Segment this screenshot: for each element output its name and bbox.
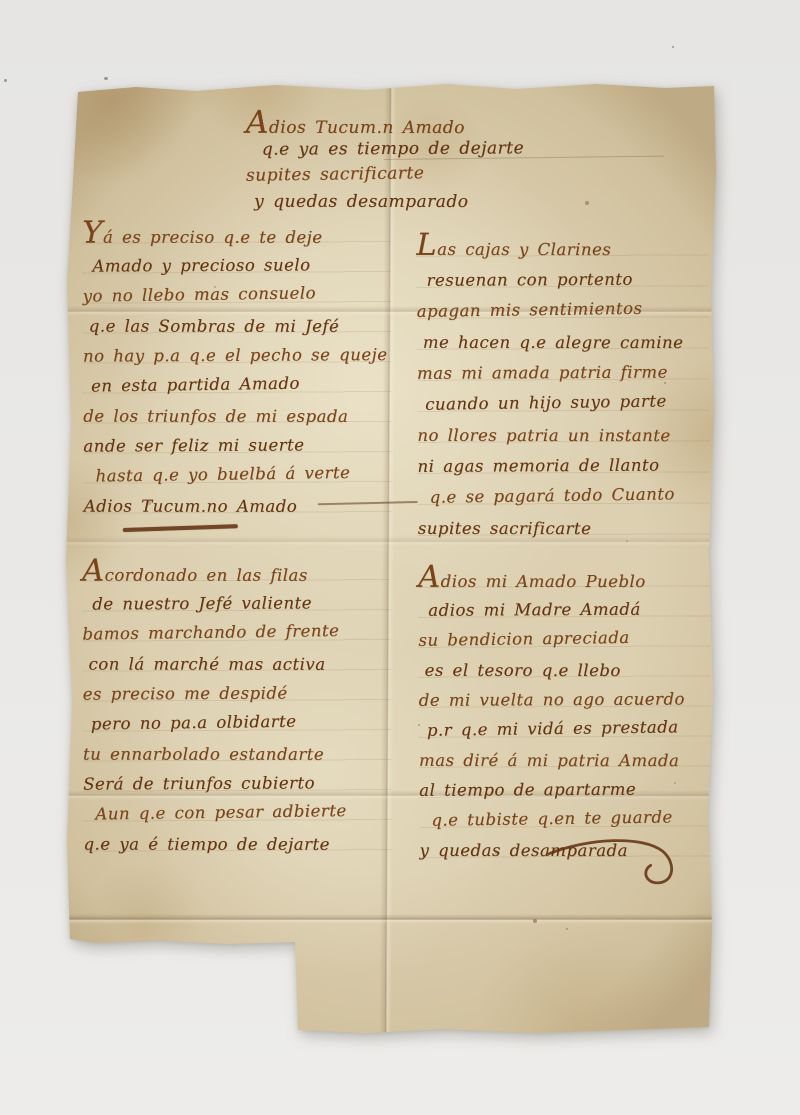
verse-line: ni agas memoria de llanto xyxy=(417,449,709,482)
verse-line: tu ennarbolado estandarte xyxy=(83,740,391,770)
verse-line: me hacen q.e alegre camine xyxy=(423,327,709,358)
verse-line: ande ser feliz mi suerte xyxy=(83,430,391,462)
verse-line: q.e se pagará todo Cuanto xyxy=(429,478,709,513)
poem-header: Adios Tucum.n Amadoq.e ya es tiempo de d… xyxy=(246,109,525,214)
verse-line: Será de triunfos cubierto xyxy=(83,768,391,800)
verse-line: es el tesoro q.e llebo xyxy=(425,656,711,686)
ink-flourish-icon xyxy=(535,828,695,899)
verse-line: con lá marché mas activa xyxy=(89,650,391,680)
verse-line: resuenan con portento xyxy=(426,263,708,295)
verse-line: su bendicion apreciada xyxy=(418,622,710,656)
verse-line: Acordonado en las filas xyxy=(82,560,390,590)
verse-line: q.e ya é tiempo de dejarte xyxy=(83,830,391,860)
verse-line: q.e las Sombras de mi Jefé xyxy=(89,312,391,342)
verse-line: supites sacrificarte xyxy=(418,513,710,544)
verse-line: Adios Tucum.n Amado xyxy=(246,111,524,137)
verse-line: no llores patria un instante xyxy=(417,420,709,451)
verse-line: de nuestro Jefé valiente xyxy=(92,588,390,620)
verse-line: de los triunfos de mi espada xyxy=(83,402,391,432)
right-column-stanza-2: Adios mi Amado Puebloadios mi Madre Amad… xyxy=(418,564,712,866)
verse-line: Yá es preciso q.e te deje xyxy=(82,222,390,252)
verse-line: pero no pa.a olbidarte xyxy=(91,705,391,739)
verse-line: y quedas desamparado xyxy=(254,189,524,215)
verse-line: p.r q.e mi vidá es prestada xyxy=(427,712,711,746)
verse-line: Adios Tucum.no Amado xyxy=(84,492,392,522)
photo-background: { "document": { "kind": "handwritten man… xyxy=(0,0,800,1115)
verse-line: al tiempo de apartarme xyxy=(419,774,711,806)
verse-line: adios mi Madre Amadá xyxy=(428,594,710,625)
manuscript-text-layer: Adios Tucum.n Amadoq.e ya es tiempo de d… xyxy=(64,80,721,1037)
foxing-specks xyxy=(66,82,68,84)
verse-line: es preciso me despidé xyxy=(83,678,391,710)
verse-line: Aun q.e con pesar adbierte xyxy=(95,795,391,829)
left-column-stanza-1: Yá es preciso q.e te dejeAmado y precios… xyxy=(82,220,392,522)
manuscript-paper-wrap: Adios Tucum.n Amadoq.e ya es tiempo de d… xyxy=(0,0,800,1115)
verse-line: Adios mi Amado Pueblo xyxy=(418,566,710,596)
left-column-stanza-2: Acordonado en las filasde nuestro Jefé v… xyxy=(82,558,392,860)
verse-line: bamos marchando de frente xyxy=(82,615,390,649)
verse-line: apagan mis sentimientos xyxy=(416,292,708,327)
verse-line: hasta q.e yo buelbá á verte xyxy=(95,457,391,491)
verse-line: en esta partida Amado xyxy=(91,367,391,401)
verse-line: mas diré á mi patria Amada xyxy=(419,746,711,776)
verse-line: cuando un hijo suyo parte xyxy=(425,385,709,420)
right-column-stanza-1: Las cajas y Clarinesresuenan con portent… xyxy=(416,232,710,544)
verse-line: mas mi amada patria firme xyxy=(417,356,709,389)
verse-line: yo no llebo mas consuelo xyxy=(82,277,390,311)
verse-line: Las cajas y Clarines xyxy=(416,234,708,265)
verse-line: no hay p.a q.e el pecho se queje xyxy=(83,340,391,372)
paper-sheet: Adios Tucum.n Amadoq.e ya es tiempo de d… xyxy=(66,82,718,1036)
verse-line: supites sacrificarte xyxy=(246,159,525,189)
verse-line: de mi vuelta no ago acuerdo xyxy=(419,684,711,716)
verse-line: Amado y precioso suelo xyxy=(92,250,390,282)
stanza-divider-line xyxy=(123,524,238,532)
